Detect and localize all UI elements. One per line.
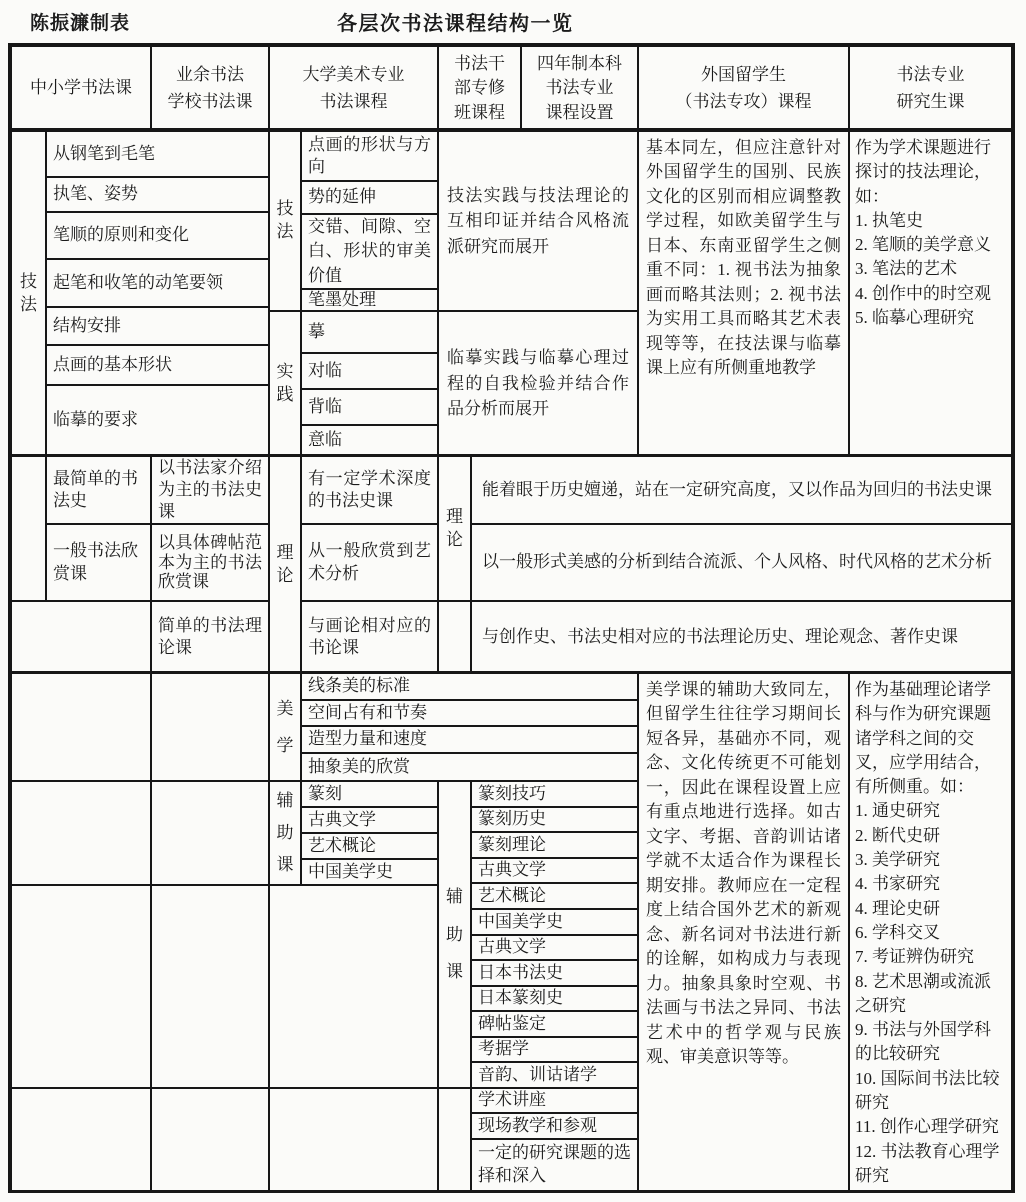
- sec3-empty-cell: [437, 1087, 472, 1192]
- sec2-advanced-row: 能着眼于历史嬗递，站在一定研究高度，又以作品为回归的书法史课: [470, 455, 1013, 525]
- sec3-aux-advanced-item: 音韵、训诂诸学: [470, 1061, 639, 1089]
- sec3-empty-cell: [150, 780, 270, 886]
- sec1-primary-item: 点画的基本形状: [45, 344, 270, 386]
- sec2-college-item: 从一般欣赏到艺术分析: [300, 523, 439, 602]
- header-cadre-class: 书法干 部专修 班课程: [437, 45, 522, 132]
- sec1-college-practice-item: 意临: [300, 424, 439, 457]
- header-graduate: 书法专业 研究生课: [848, 45, 1013, 132]
- sec3-aux-college-item: 篆刻: [300, 780, 439, 808]
- sec2-college-item: 有一定学术深度的书法史课: [300, 455, 439, 525]
- sec3-aux-college-item: 古典文学: [300, 806, 439, 834]
- page-title: 各层次书法课程结构一览: [337, 7, 574, 36]
- sec3-empty-cell: [10, 1087, 152, 1192]
- sec2-advanced-empty-cell: [437, 600, 472, 674]
- sec1-cadre-technique-text: 技法实践与技法理论的互相印证并结合风格流派研究而展开: [437, 130, 639, 312]
- header-foreign-students: 外国留学生 （书法专攻）课程: [637, 45, 850, 132]
- sec1-college-practice-item: 摹: [300, 310, 439, 354]
- sec3-aesthetics-item: 空间占有和节奏: [300, 699, 639, 727]
- header-divider-line: [10, 128, 1013, 131]
- sec3-aux-advanced-item: 古典文学: [470, 934, 639, 961]
- sec3-aux-advanced-label: 辅助课: [437, 780, 472, 1089]
- sec3-empty-cell: [10, 884, 152, 1089]
- sec2-advanced-row: 与创作史、书法史相对应的书法理论历史、理论观念、著作史课: [470, 600, 1013, 674]
- table-page: 陈振濂制表 各层次书法课程结构一览 中小学书法课 业余书法 学校书法课 大学美术…: [0, 0, 1026, 1202]
- sec3-aesthetics-item: 抽象美的欣赏: [300, 752, 639, 782]
- sec3-empty-cell: [150, 1087, 270, 1192]
- sec2-empty-label-cell: [10, 455, 47, 602]
- sec3-aesthetics-item: 造型力量和速度: [300, 725, 639, 754]
- header-undergraduate: 四年制本科 书法专业 课程设置: [520, 45, 639, 132]
- sec3-aesthetics-label: 美学: [268, 672, 302, 782]
- sec3-aux-advanced-item: 碑帖鉴定: [470, 1010, 639, 1038]
- sec1-college-technique-label: 技法: [268, 130, 302, 312]
- sec1-college-technique-item: 交错、间隙、空白、形状的审美价值: [300, 213, 439, 290]
- sec3-foreign-text: 美学课的辅助大致同左，但留学生往往学习期间长短各异，基础亦不同，观念、文化传统更…: [637, 672, 850, 1192]
- sec3-aux-advanced-item: 现场教学和参观: [470, 1112, 639, 1140]
- sec3-aux-advanced-item: 古典文学: [470, 857, 639, 884]
- sec3-aux-advanced-item: 一定的研究课题的选择和深入: [470, 1138, 639, 1192]
- sec1-college-technique-item: 势的延伸: [300, 180, 439, 215]
- sec2-primary-item: 一般书法欣赏课: [45, 523, 152, 602]
- sec2-college-label: 理论: [268, 455, 302, 674]
- sec3-graduate-text: 作为基础理论诸学科与作为研究课题诸学科之间的交叉，应学用结合，有所侧重。如： 1…: [848, 672, 1013, 1192]
- sec1-primary-item: 执笔、姿势: [45, 176, 270, 213]
- sec3-aesthetics-item: 线条美的标准: [300, 672, 639, 701]
- sec2-amateur-item: 以书法家介绍为主的书法史课: [150, 455, 270, 525]
- sec2-advanced-row: 以一般形式美感的分析到结合流派、个人风格、时代风格的艺术分析: [470, 523, 1013, 602]
- sec3-aux-advanced-item: 学术讲座: [470, 1087, 639, 1114]
- sec3-aux-advanced-item: 中国美学史: [470, 908, 639, 936]
- sec1-college-practice-item: 背临: [300, 388, 439, 426]
- sec2-amateur-item: 简单的书法理论课: [150, 600, 270, 674]
- sec2-amateur-item: 以具体碑帖范本为主的书法欣赏课: [150, 523, 270, 602]
- sec3-empty-cell: [150, 672, 270, 782]
- sec3-aux-advanced-item: 日本篆刻史: [470, 985, 639, 1012]
- sec3-aux-advanced-item: 篆刻历史: [470, 806, 639, 833]
- sec3-aux-college-item: 中国美学史: [300, 858, 439, 886]
- sec1-cadre-practice-text: 临摹实践与临摹心理过程的自我检验并结合作品分析而展开: [437, 310, 639, 457]
- sec1-college-practice-label: 实践: [268, 310, 302, 457]
- sec1-primary-item: 笔顺的原则和变化: [45, 211, 270, 260]
- sec1-college-technique-item: 点画的形状与方向: [300, 130, 439, 182]
- sec3-aux-advanced-item: 日本书法史: [470, 959, 639, 987]
- sec3-empty-cell: [150, 884, 270, 1089]
- sec2-primary-item: 最简单的书法史: [45, 455, 152, 525]
- sec1-row-label: 技法: [10, 130, 47, 457]
- sec3-aux-advanced-item: 篆刻技巧: [470, 780, 639, 808]
- sec1-college-technique-item: 笔墨处理: [300, 288, 439, 312]
- sec3-aux-advanced-item: 篆刻理论: [470, 831, 639, 859]
- sec2-college-item: 与画论相对应的书论课: [300, 600, 439, 674]
- sec3-empty-cell: [268, 884, 439, 1089]
- sec2-advanced-label: 理论: [437, 455, 472, 602]
- sec3-aux-advanced-item: 考据学: [470, 1036, 639, 1063]
- sec3-aux-advanced-item: 艺术概论: [470, 882, 639, 910]
- section-divider-line: [10, 671, 1013, 674]
- sec2-primary-empty-cell: [10, 600, 152, 674]
- sec1-primary-item: 结构安排: [45, 306, 270, 346]
- header-primary-school: 中小学书法课: [10, 45, 152, 132]
- sec1-primary-item: 起笔和收笔的动笔要领: [45, 258, 270, 308]
- sec3-empty-cell: [268, 1087, 439, 1192]
- sec1-primary-item: 从钢笔到毛笔: [45, 130, 270, 178]
- sec3-empty-cell: [10, 672, 152, 782]
- header-amateur-school: 业余书法 学校书法课: [150, 45, 270, 132]
- sec1-graduate-text: 作为学术课题进行探讨的技法理论，如： 1. 执笔史 2. 笔顺的美学意义 3. …: [848, 130, 1013, 457]
- section-divider-line: [10, 454, 1013, 457]
- table-credit: 陈振濂制表: [30, 8, 130, 35]
- sec1-foreign-text: 基本同左，但应注意针对外国留学生的国别、民族文化的区别而相应调整教学过程，如欧美…: [637, 130, 850, 457]
- sec3-aux-college-label: 辅助课: [268, 780, 302, 886]
- sec1-college-practice-item: 对临: [300, 352, 439, 390]
- sec1-primary-item: 临摹的要求: [45, 384, 270, 457]
- sec3-empty-cell: [10, 780, 152, 886]
- sec3-aux-college-item: 艺术概论: [300, 832, 439, 860]
- header-college-art: 大学美术专业 书法课程: [268, 45, 439, 132]
